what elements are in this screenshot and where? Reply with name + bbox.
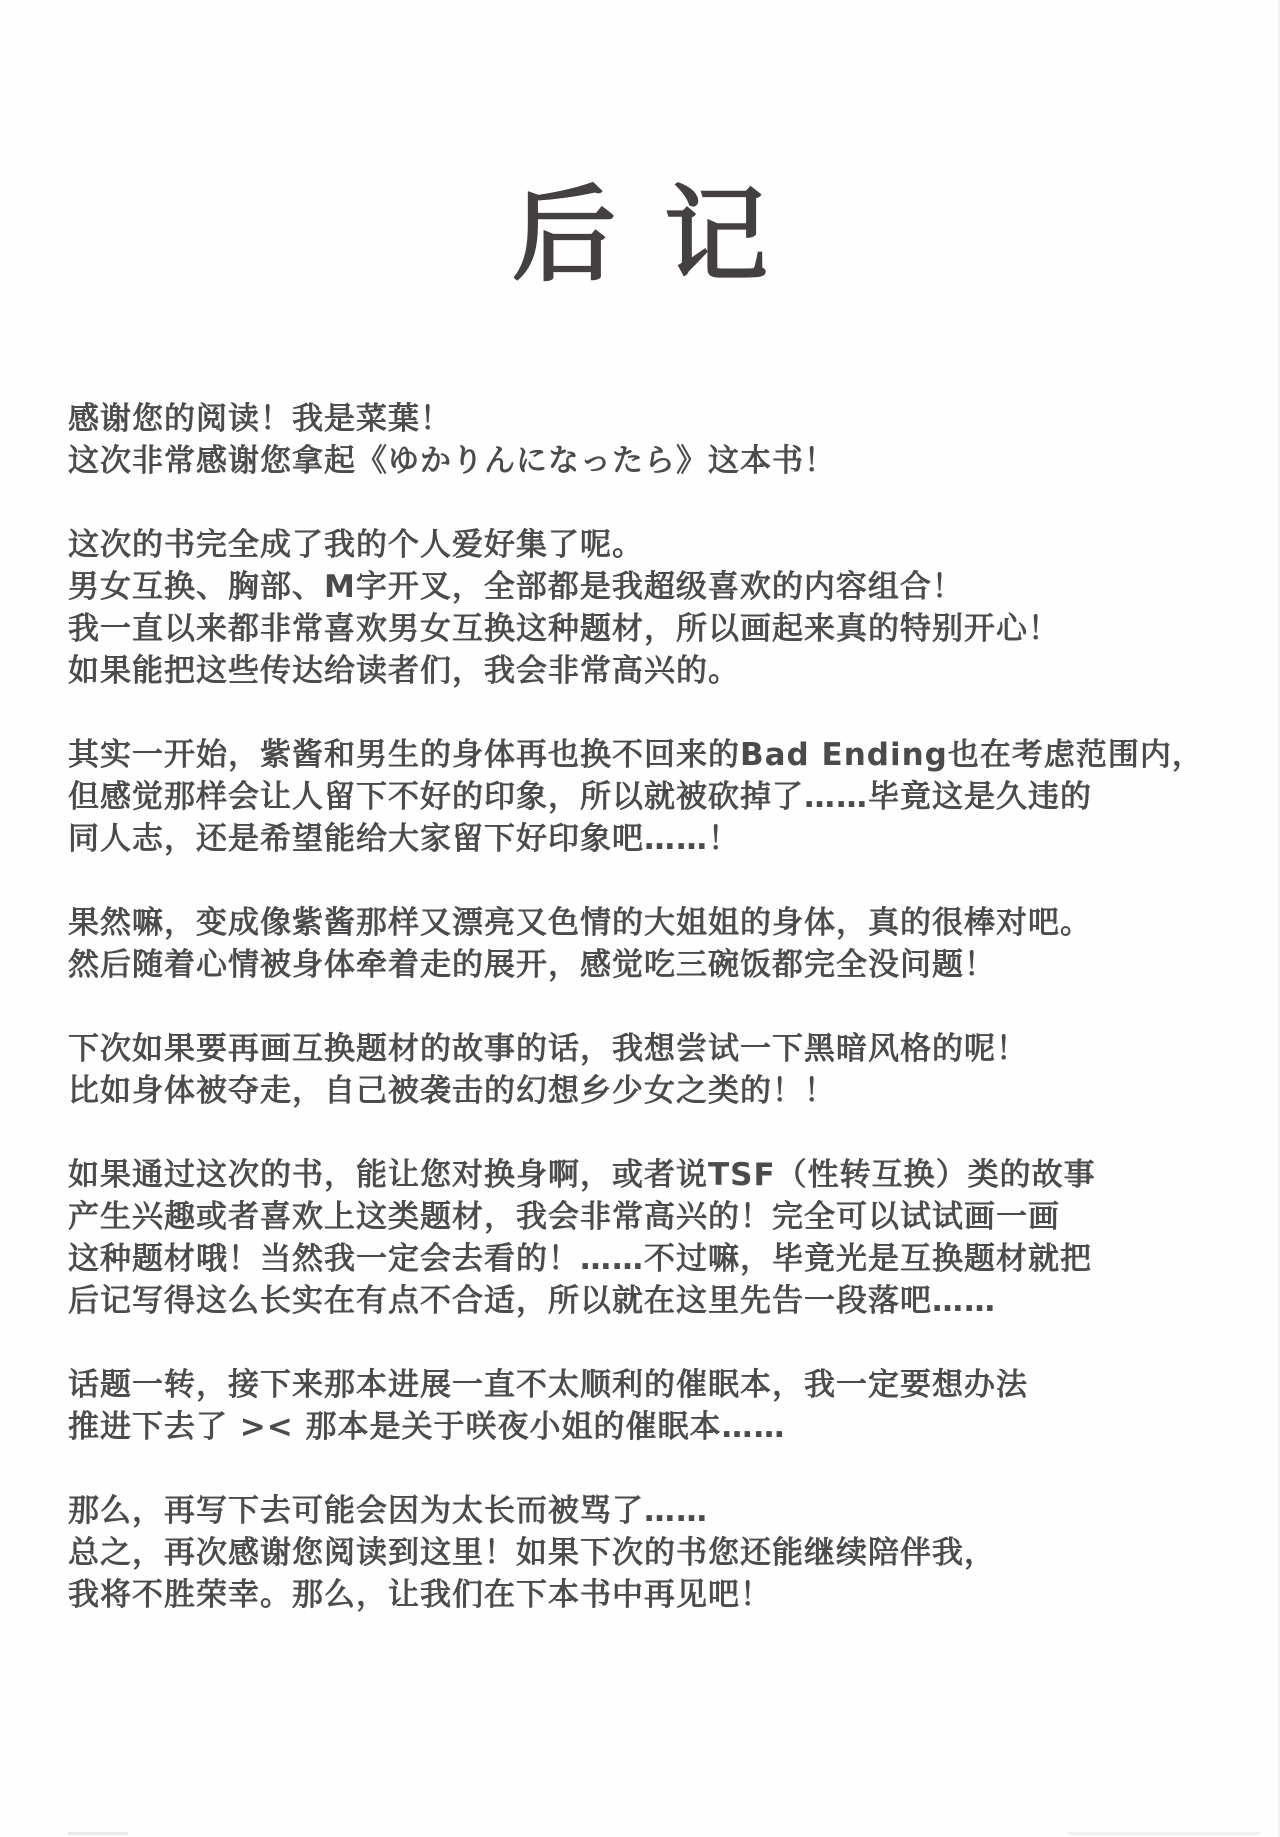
page-title: 后记 bbox=[0, 170, 1280, 300]
text-line: 后记写得这么长实在有点不合适，所以就在这里先告一段落吧…… bbox=[68, 1280, 1268, 1322]
text-line: 比如身体被夺走，自己被袭击的幻想乡少女之类的！！ bbox=[68, 1070, 1268, 1112]
text-line: 话题一转，接下来那本进展一直不太顺利的催眠本，我一定要想办法 bbox=[68, 1364, 1268, 1406]
text-line: 感谢您的阅读！我是菜葉！ bbox=[68, 398, 1268, 440]
paragraph-body: 果然嘛，变成像紫酱那样又漂亮又色情的大姐姐的身体，真的很棒对吧。 然后随着心情被… bbox=[68, 902, 1268, 986]
scan-artifact bbox=[68, 1832, 1260, 1835]
text-line: 总之，再次感谢您阅读到这里！如果下次的书您还能继续陪伴我， bbox=[68, 1532, 1268, 1574]
paragraph-hobby: 这次的书完全成了我的个人爱好集了呢。 男女互换、胸部、M字开叉，全部都是我超级喜… bbox=[68, 524, 1268, 692]
text-line: 其实一开始，紫酱和男生的身体再也换不回来的Bad Ending也在考虑范围内， bbox=[68, 734, 1268, 776]
text-line: 如果通过这次的书，能让您对换身啊，或者说TSF（性转互换）类的故事 bbox=[68, 1154, 1268, 1196]
afterword-body: 感谢您的阅读！我是菜葉！ 这次非常感谢您拿起《ゆかりんになったら》这本书！ 这次… bbox=[68, 398, 1268, 1658]
text-line: 产生兴趣或者喜欢上这类题材，我会非常高兴的！完全可以试试画一画 bbox=[68, 1196, 1268, 1238]
text-line: 那么，再写下去可能会因为太长而被骂了…… bbox=[68, 1490, 1268, 1532]
text-line: 这次非常感谢您拿起《ゆかりんになったら》这本书！ bbox=[68, 440, 1268, 482]
paragraph-closing: 那么，再写下去可能会因为太长而被骂了…… 总之，再次感谢您阅读到这里！如果下次的… bbox=[68, 1490, 1268, 1616]
text-line: 下次如果要再画互换题材的故事的话，我想尝试一下黑暗风格的呢！ bbox=[68, 1028, 1268, 1070]
paragraph-next-time: 下次如果要再画互换题材的故事的话，我想尝试一下黑暗风格的呢！ 比如身体被夺走，自… bbox=[68, 1028, 1268, 1112]
text-line: 然后随着心情被身体牵着走的展开，感觉吃三碗饭都完全没问题！ bbox=[68, 944, 1268, 986]
paragraph-tsf: 如果通过这次的书，能让您对换身啊，或者说TSF（性转互换）类的故事 产生兴趣或者… bbox=[68, 1154, 1268, 1322]
paragraph-greeting: 感谢您的阅读！我是菜葉！ 这次非常感谢您拿起《ゆかりんになったら》这本书！ bbox=[68, 398, 1268, 482]
text-line: 但感觉那样会让人留下不好的印象，所以就被砍掉了……毕竟这是久违的 bbox=[68, 776, 1268, 818]
text-line: 我将不胜荣幸。那么，让我们在下本书中再见吧！ bbox=[68, 1574, 1268, 1616]
text-line: 推进下去了 >< 那本是关于咲夜小姐的催眠本…… bbox=[68, 1406, 1268, 1448]
text-line: 果然嘛，变成像紫酱那样又漂亮又色情的大姐姐的身体，真的很棒对吧。 bbox=[68, 902, 1268, 944]
text-line: 这次的书完全成了我的个人爱好集了呢。 bbox=[68, 524, 1268, 566]
text-line: 如果能把这些传达给读者们，我会非常高兴的。 bbox=[68, 650, 1268, 692]
paragraph-hypnosis: 话题一转，接下来那本进展一直不太顺利的催眠本，我一定要想办法 推进下去了 >< … bbox=[68, 1364, 1268, 1448]
paragraph-bad-ending: 其实一开始，紫酱和男生的身体再也换不回来的Bad Ending也在考虑范围内， … bbox=[68, 734, 1268, 860]
text-line: 同人志，还是希望能给大家留下好印象吧……！ bbox=[68, 818, 1268, 860]
text-line: 我一直以来都非常喜欢男女互换这种题材，所以画起来真的特别开心！ bbox=[68, 608, 1268, 650]
afterword-page: 后记 感谢您的阅读！我是菜葉！ 这次非常感谢您拿起《ゆかりんになったら》这本书！… bbox=[0, 0, 1280, 1837]
text-line: 这种题材哦！当然我一定会去看的！……不过嘛，毕竟光是互换题材就把 bbox=[68, 1238, 1268, 1280]
text-line: 男女互换、胸部、M字开叉，全部都是我超级喜欢的内容组合！ bbox=[68, 566, 1268, 608]
